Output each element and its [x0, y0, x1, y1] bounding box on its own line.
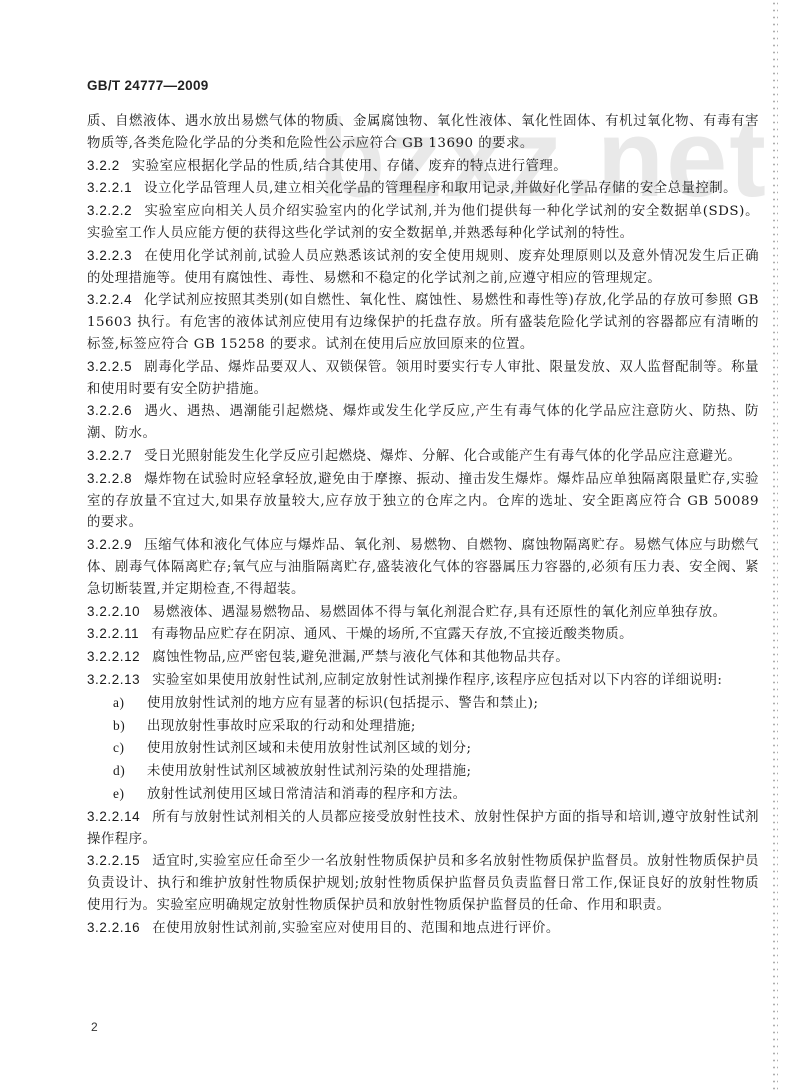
- clause-text: 在使用放射性试剂前,实验室应对使用目的、范围和地点进行评价。: [152, 921, 560, 936]
- clause-text: 设立化学品管理人员,建立相关化学品的管理程序和取用记录,并做好化学品存储的安全总…: [144, 181, 737, 196]
- list-item-c: c)使用放射性试剂区域和未使用放射性试剂区域的划分;: [87, 737, 759, 760]
- clause-3-2-2-11: 3.2.2.11有毒物品应贮存在阴凉、通风、干燥的场所,不宜露天存放,不宜接近酸…: [87, 623, 759, 646]
- clause-number: 3.2.2.10: [87, 604, 140, 619]
- clause-number: 3.2.2.16: [87, 920, 140, 935]
- clause-number: 3.2.2.11: [87, 626, 139, 641]
- clause-text: 适宜时,实验室应任命至少一名放射性物质保护员和多名放射性物质保护监督员。放射性物…: [87, 854, 759, 913]
- clause-3-2-2-13: 3.2.2.13实验室如果使用放射性试剂,应制定放射性试剂操作程序,该程序应包括…: [87, 669, 759, 692]
- list-label: c): [113, 737, 147, 759]
- clause-3-2-2-15: 3.2.2.15适宜时,实验室应任命至少一名放射性物质保护员和多名放射性物质保护…: [87, 850, 759, 916]
- clause-text: 遇火、遇热、遇潮能引起燃烧、爆炸或发生化学反应,产生有毒气体的化学品应注意防火、…: [87, 404, 759, 441]
- clause-text: 剧毒化学品、爆炸品要双人、双锁保管。领用时要实行专人审批、限量发放、双人监督配制…: [87, 360, 759, 397]
- clause-text: 腐蚀性物品,应严密包装,避免泄漏,严禁与液化气体和其他物品共存。: [152, 650, 569, 665]
- clause-3-2-2-4: 3.2.2.4化学试剂应按照其类别(如自燃性、氧化性、腐蚀性、易燃性和毒性等)存…: [87, 289, 759, 355]
- clause-3-2-2-1: 3.2.2.1设立化学品管理人员,建立相关化学品的管理程序和取用记录,并做好化学…: [87, 177, 759, 200]
- clause-number: 3.2.2: [87, 158, 120, 173]
- list-label: e): [113, 783, 147, 805]
- clause-text: 实验室应向相关人员介绍实验室内的化学试剂,并为他们提供每一种化学试剂的安全数据单…: [87, 204, 759, 241]
- clause-text: 实验室如果使用放射性试剂,应制定放射性试剂操作程序,该程序应包括对以下内容的详细…: [152, 673, 722, 688]
- clause-3-2-2-9: 3.2.2.9压缩气体和液化气体应与爆炸品、氧化剂、易燃物、自燃物、腐蚀物隔离贮…: [87, 534, 759, 600]
- clause-3-2-2: 3.2.2实验室应根据化学品的性质,结合其使用、存储、废弃的特点进行管理。: [87, 155, 759, 178]
- clause-text: 所有与放射性试剂相关的人员都应接受放射性技术、放射性保护方面的指导和培训,遵守放…: [87, 810, 759, 847]
- clause-text: 爆炸物在试验时应轻拿轻放,避免由于摩擦、振动、撞击发生爆炸。爆炸品应单独隔离限量…: [87, 472, 759, 531]
- list-item-a: a)使用放射性试剂的地方应有显著的标识(包括提示、警告和禁止);: [87, 692, 759, 715]
- clause-text: 有毒物品应贮存在阴凉、通风、干燥的场所,不宜露天存放,不宜接近酸类物质。: [151, 627, 633, 642]
- list-item-b: b)出现放射性事故时应采取的行动和处理措施;: [87, 715, 759, 738]
- clause-number: 3.2.2.2: [87, 203, 132, 218]
- clause-3-2-2-12: 3.2.2.12腐蚀性物品,应严密包装,避免泄漏,严禁与液化气体和其他物品共存。: [87, 646, 759, 669]
- standard-code-header: GB/T 24777—2009: [87, 78, 209, 93]
- clause-number: 3.2.2.13: [87, 672, 140, 687]
- clause-3-2-2-6: 3.2.2.6遇火、遇热、遇潮能引起燃烧、爆炸或发生化学反应,产生有毒气体的化学…: [87, 400, 759, 445]
- clause-text: 化学试剂应按照其类别(如自燃性、氧化性、腐蚀性、易燃性和毒性等)存放,化学品的存…: [87, 293, 759, 352]
- list-label: b): [113, 715, 147, 737]
- clause-number: 3.2.2.4: [87, 292, 132, 307]
- clause-text: 在使用化学试剂前,试验人员应熟悉该试剂的安全使用规则、废弃处理原则以及意外情况发…: [87, 249, 759, 286]
- clause-text: 实验室应根据化学品的性质,结合其使用、存储、废弃的特点进行管理。: [132, 159, 567, 174]
- clause-3-2-2-14: 3.2.2.14所有与放射性试剂相关的人员都应接受放射性技术、放射性保护方面的指…: [87, 806, 759, 851]
- list-label: a): [113, 692, 147, 714]
- clause-number: 3.2.2.1: [87, 180, 132, 195]
- clause-number: 3.2.2.8: [87, 471, 132, 486]
- clause-3-2-2-8: 3.2.2.8爆炸物在试验时应轻拿轻放,避免由于摩擦、振动、撞击发生爆炸。爆炸品…: [87, 468, 759, 534]
- clause-number: 3.2.2.7: [87, 448, 132, 463]
- clause-3-2-2-5: 3.2.2.5剧毒化学品、爆炸品要双人、双锁保管。领用时要实行专人审批、限量发放…: [87, 356, 759, 401]
- clause-number: 3.2.2.15: [87, 853, 140, 868]
- clause-text: 易燃液体、遇湿易燃物品、易燃固体不得与氧化剂混合贮存,具有还原性的氧化剂应单独存…: [152, 605, 726, 620]
- clause-number: 3.2.2.9: [87, 537, 132, 552]
- list-label: d): [113, 760, 147, 782]
- scan-page-edge: [772, 0, 778, 1090]
- clause-number: 3.2.2.6: [87, 403, 132, 418]
- clause-3-2-2-16: 3.2.2.16在使用放射性试剂前,实验室应对使用目的、范围和地点进行评价。: [87, 917, 759, 940]
- page-number: 2: [91, 1020, 98, 1034]
- clause-number: 3.2.2.3: [87, 248, 132, 263]
- clause-3-2-2-2: 3.2.2.2实验室应向相关人员介绍实验室内的化学试剂,并为他们提供每一种化学试…: [87, 200, 759, 245]
- list-text: 出现放射性事故时应采取的行动和处理措施;: [147, 719, 416, 734]
- clause-number: 3.2.2.14: [87, 809, 140, 824]
- list-text: 放射性试剂使用区域日常清洁和消毒的程序和方法。: [147, 787, 466, 802]
- clause-3-2-2-10: 3.2.2.10易燃液体、遇湿易燃物品、易燃固体不得与氧化剂混合贮存,具有还原性…: [87, 601, 759, 624]
- list-item-d: d)未使用放射性试剂区域被放射性试剂污染的处理措施;: [87, 760, 759, 783]
- clause-3-2-2-7: 3.2.2.7受日光照射能发生化学反应引起燃烧、爆炸、分解、化合或能产生有毒气体…: [87, 445, 759, 468]
- list-text: 未使用放射性试剂区域被放射性试剂污染的处理措施;: [147, 764, 472, 779]
- clause-number: 3.2.2.5: [87, 359, 132, 374]
- paragraph: 质、自燃液体、遇水放出易燃气体的物质、金属腐蚀物、氧化性液体、氧化性固体、有机过…: [87, 111, 759, 155]
- document-body: 质、自燃液体、遇水放出易燃气体的物质、金属腐蚀物、氧化性液体、氧化性固体、有机过…: [87, 111, 759, 939]
- list-text: 使用放射性试剂区域和未使用放射性试剂区域的划分;: [147, 741, 472, 756]
- clause-number: 3.2.2.12: [87, 649, 140, 664]
- list-text: 使用放射性试剂的地方应有显著的标识(包括提示、警告和禁止);: [147, 696, 539, 711]
- clause-text: 压缩气体和液化气体应与爆炸品、氧化剂、易燃物、自燃物、腐蚀物隔离贮存。易燃气体应…: [87, 538, 759, 597]
- list-item-e: e)放射性试剂使用区域日常清洁和消毒的程序和方法。: [87, 783, 759, 806]
- paragraph-text: 质、自燃液体、遇水放出易燃气体的物质、金属腐蚀物、氧化性液体、氧化性固体、有机过…: [87, 114, 759, 151]
- clause-3-2-2-3: 3.2.2.3在使用化学试剂前,试验人员应熟悉该试剂的安全使用规则、废弃处理原则…: [87, 245, 759, 290]
- clause-text: 受日光照射能发生化学反应引起燃烧、爆炸、分解、化合或能产生有毒气体的化学品应注意…: [144, 449, 741, 464]
